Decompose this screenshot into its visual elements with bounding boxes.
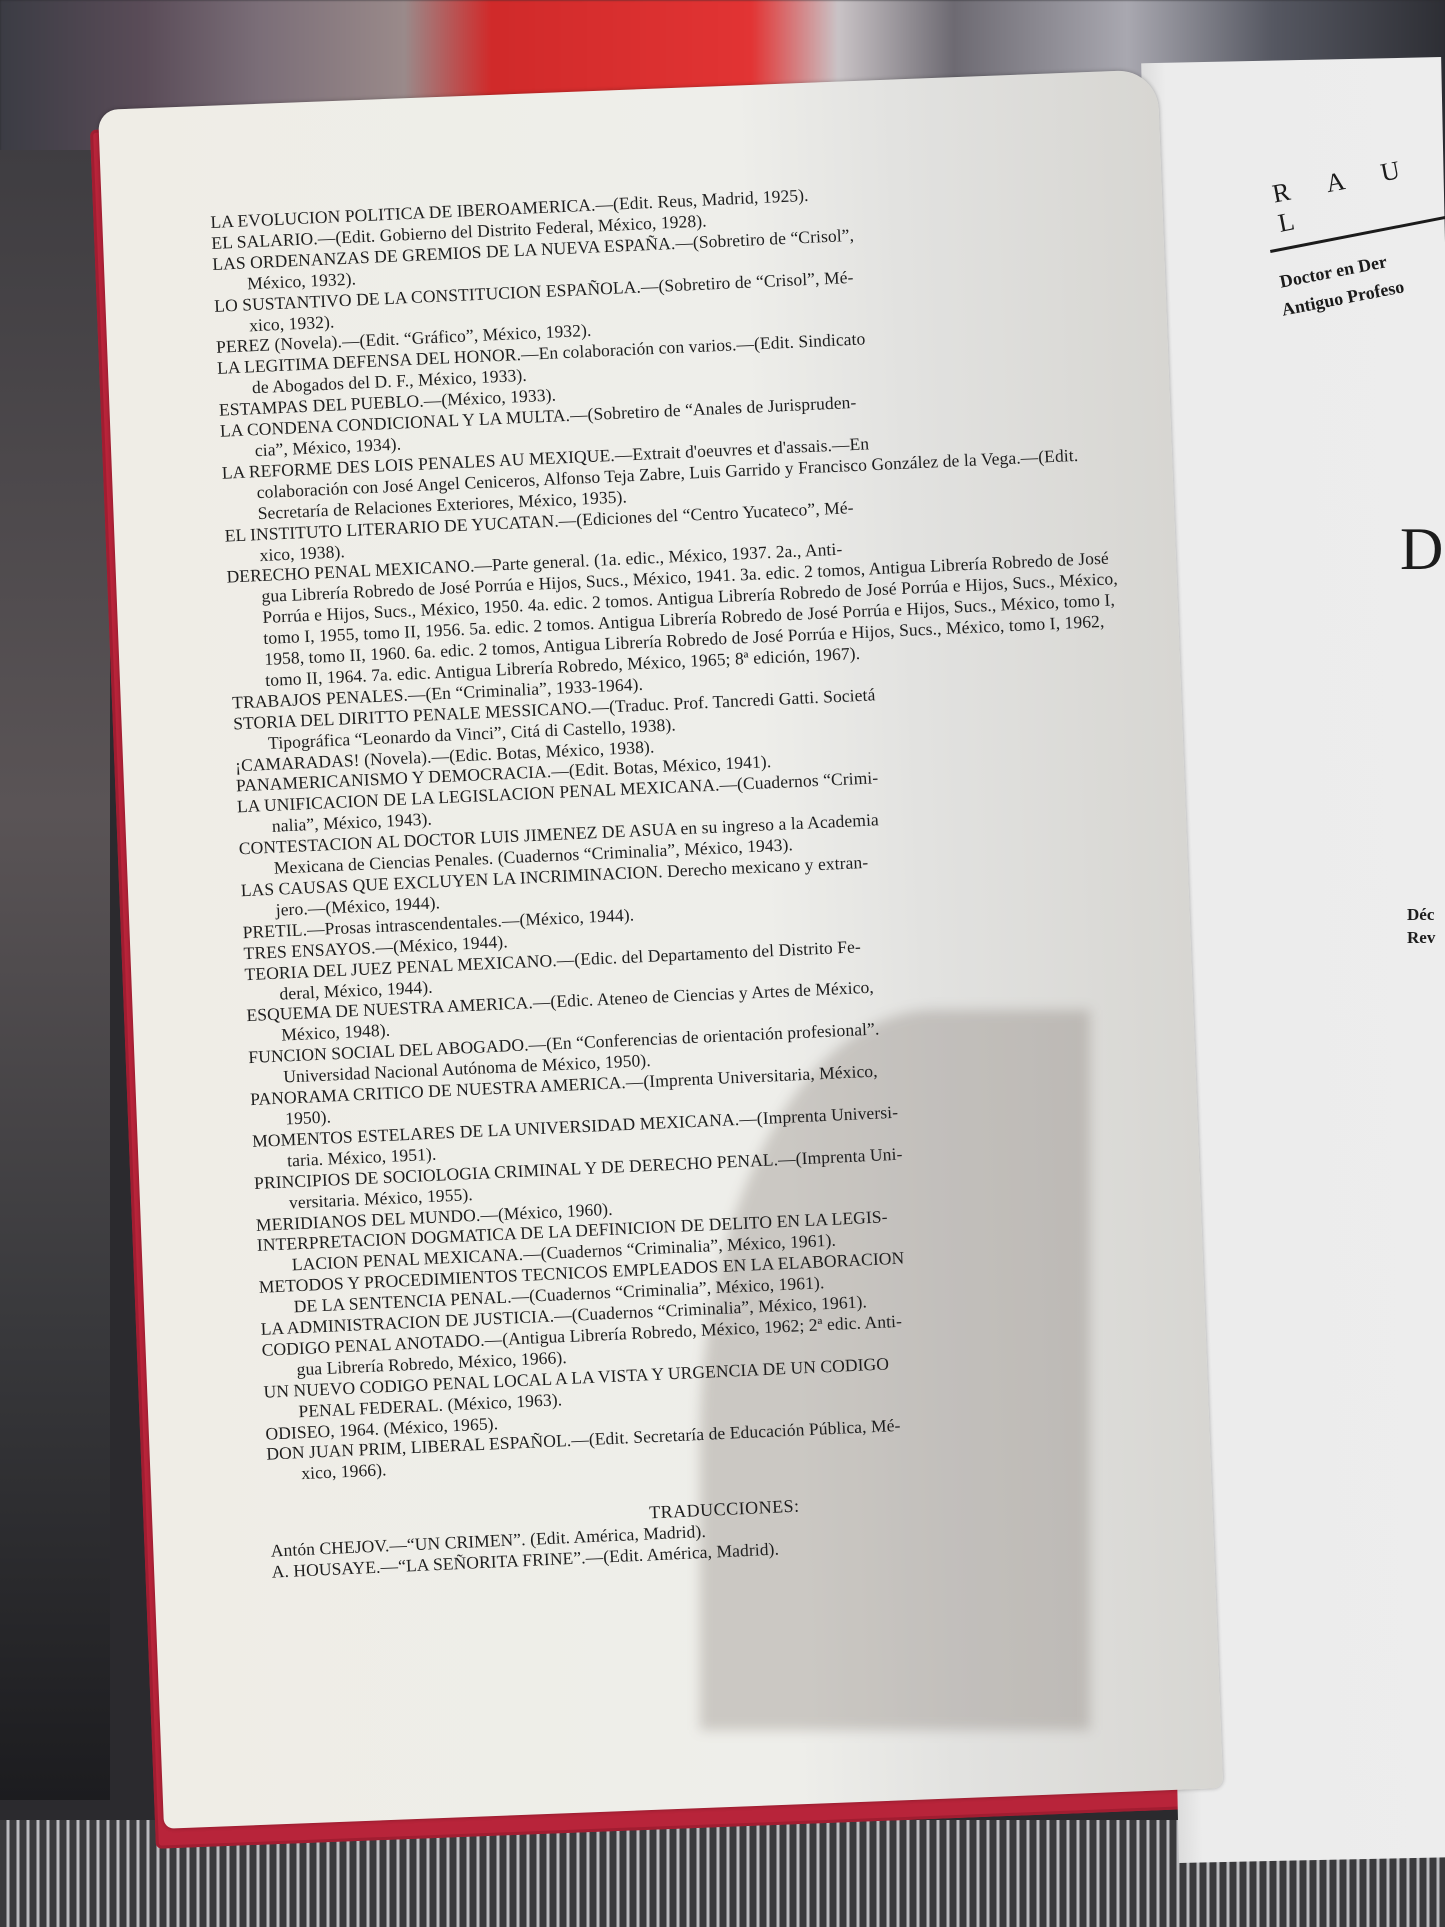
entry-title: Perez	[216, 335, 271, 357]
title-initial: D	[1400, 515, 1443, 584]
entry-title: Pretil.	[242, 919, 307, 942]
right-page-fragment-1: Déc	[1407, 905, 1434, 925]
right-page-fragment-2: Rev	[1407, 928, 1435, 948]
background-left	[0, 150, 110, 1800]
bibliography-list: La evolucion politica de Iberoamerica.—(…	[210, 171, 1181, 1583]
translation-author: A. HOUSAYE.	[271, 1557, 381, 1582]
